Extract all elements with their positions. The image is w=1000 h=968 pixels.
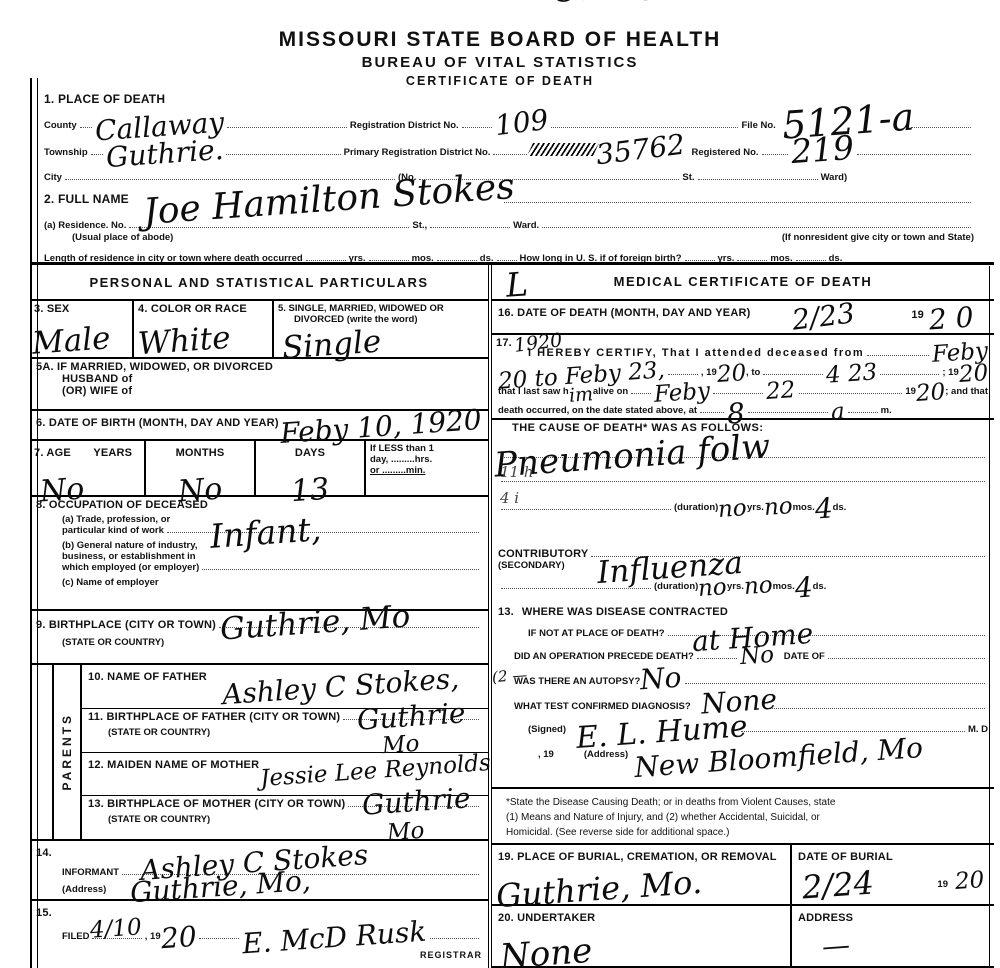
mother-bp-label: 13. BIRTHPLACE OF MOTHER (CITY OR TOWN): [88, 798, 345, 810]
leader-dots: [504, 201, 971, 203]
file-no-value: 5121-a: [782, 116, 914, 125]
days-label: DAYS: [295, 447, 325, 459]
leader-dots: [80, 126, 92, 128]
certify-year-2: ; 19: [942, 367, 958, 378]
disease-contracted-block: 13. WHERE WAS DISEASE CONTRACTED IF NOT …: [492, 602, 994, 789]
age-days-value: 13: [291, 490, 329, 493]
cause-duration-yrs-hw: no: [718, 508, 747, 510]
leader-dots: [763, 373, 822, 375]
occupation-label: 8. OCCUPATION OF DECEASED: [36, 499, 482, 511]
months-label: MONTHS: [176, 447, 225, 459]
abode-note: (Usual place of abode): [72, 232, 173, 243]
certify-hw-am: a: [831, 411, 845, 412]
undertaker-address-cell: ADDRESS —: [792, 906, 994, 966]
leader-dots: [799, 392, 903, 394]
father-name-value: Ashley C Stokes,: [222, 679, 459, 696]
contributory-mos-label: mos.: [773, 581, 795, 592]
burial-place-cell: 19. PLACE OF BURIAL, CREMATION, OR REMOV…: [492, 845, 792, 905]
leader-dots: [857, 153, 972, 155]
occupation-a-label-2: particular kind of work: [62, 525, 164, 536]
leader-dots: [226, 153, 341, 155]
form-header: MISSOURI STATE BOARD OF HEALTH BUREAU OF…: [0, 28, 1000, 88]
undertaker-address-label: ADDRESS: [798, 912, 853, 924]
contracted-value: at Home: [692, 633, 813, 641]
full-name-label: 2. FULL NAME: [44, 192, 129, 206]
age-label: 7. AGE: [34, 447, 71, 459]
leader-dots: [668, 373, 698, 375]
certify-print-1: I HEREBY CERTIFY, That I attended deceas…: [528, 347, 864, 359]
cause-of-death-block: THE CAUSE OF DEATH* WAS AS FOLLOWS: Pneu…: [492, 420, 994, 545]
contributory-label: CONTRIBUTORY: [498, 548, 588, 560]
less-note-2: day, .........hrs.: [370, 454, 484, 465]
margin-mark: (2 —: [492, 674, 527, 676]
dod-year-value: 2 0: [930, 317, 974, 320]
pen-mark: L: [506, 284, 529, 286]
informant-addr-value: Guthrie, Mo,: [130, 881, 310, 894]
father-bp-value: Guthrie: [357, 713, 465, 721]
race-cell: 4. COLOR OR RACE White: [134, 301, 274, 357]
sex-cell: 3. SEX Male: [30, 301, 134, 357]
burial-value: Guthrie, Mo.: [496, 881, 702, 895]
husband-of-label: HUSBAND of: [62, 373, 482, 385]
leader-dots: [848, 411, 878, 413]
birthplace-label: 9. BIRTHPLACE (CITY OR TOWN): [36, 619, 216, 631]
burial-year-value: 20: [955, 880, 984, 882]
certify-to: , to: [746, 367, 760, 378]
leader-dots: [748, 411, 828, 413]
signed-value: E. L. Hume: [576, 727, 747, 739]
operation-value: No: [740, 654, 774, 656]
leader-dots: [737, 259, 767, 261]
date-of-birth-row: 6. DATE OF BIRTH (MONTH, DAY AND YEAR) F…: [30, 411, 488, 441]
age-row: 7. AGE YEARS No MONTHS No DAYS 13 If LES…: [30, 441, 488, 497]
age-months-value: No: [178, 489, 222, 492]
certify-hw-feby-2: Feby: [654, 391, 710, 395]
leader-dots: [91, 153, 103, 155]
medical-column-header: MEDICAL CERTIFICATE OF DEATH: [614, 274, 873, 289]
county-value: Callaway: [95, 122, 224, 131]
undertaker-value: None: [500, 951, 592, 957]
certify-hw-423: 4 23: [826, 372, 877, 376]
occupation-value: Infant,: [210, 529, 321, 537]
cause-value: Pneumonia folw: [494, 447, 770, 466]
full-name-section: 2. FULL NAME Joe Hamilton Stokes (a) Res…: [44, 192, 974, 264]
less-note-1: If LESS than 1: [370, 443, 484, 454]
leader-dots: [551, 126, 738, 128]
cause-duration-label: (duration): [674, 502, 718, 513]
operation-date-label: DATE OF: [784, 651, 825, 662]
city-label: City: [44, 172, 62, 183]
wife-of-label: (OR) WIFE of: [62, 385, 482, 397]
md-label: M. D: [968, 724, 988, 735]
filed-date-value: 4/10: [90, 927, 142, 931]
test-value: None: [701, 699, 777, 704]
age-days-cell: DAYS 13: [256, 441, 366, 495]
leader-dots: [741, 730, 965, 732]
marital-label-2: DIVORCED (write the word): [294, 314, 484, 325]
ink-scribble: [527, 143, 599, 156]
dod-year-prefix: 19: [911, 309, 924, 321]
parents-vertical-label-cell: PARENTS: [54, 665, 82, 839]
mother-name-label: 12. MAIDEN NAME OF MOTHER: [88, 759, 259, 771]
certify-hw-1920: 1920: [514, 340, 562, 346]
certify-hw-him: im: [569, 394, 593, 396]
form-doc-type: CERTIFICATE OF DEATH: [0, 74, 1000, 88]
certify-hw-year-3: 20: [916, 392, 945, 394]
age-months-cell: MONTHS No: [146, 441, 256, 495]
registered-no-label: Registered No.: [691, 147, 758, 158]
reg-district-label: Registration District No.: [350, 120, 459, 131]
birthplace-row: 9. BIRTHPLACE (CITY OR TOWN) Guthrie, Mo…: [30, 611, 488, 665]
leader-dots: [867, 354, 929, 356]
burial-year-prefix: 19: [937, 879, 948, 890]
race-value: White: [138, 338, 230, 344]
informant-label: INFORMANT: [62, 867, 119, 878]
certify-hw-year-1: 20: [717, 373, 746, 375]
contributory-ds-hw: 4: [795, 587, 813, 588]
age-less-note-cell: If LESS than 1 day, .........hrs. or ...…: [366, 441, 488, 495]
residence-label: (a) Residence. No.: [44, 220, 126, 231]
mother-bp-state-value: Mo: [387, 831, 424, 834]
undertaker-row: 20. UNDERTAKER None ADDRESS —: [492, 906, 994, 968]
burial-date-label: DATE OF BURIAL: [798, 851, 893, 863]
township-label: Township: [44, 147, 88, 158]
occupation-row: 8. OCCUPATION OF DECEASED (a) Trade, pro…: [30, 497, 488, 611]
residence-ward-label: Ward.: [513, 220, 539, 231]
residence-st-label: St.,: [412, 220, 427, 231]
burial-label: 19. PLACE OF BURIAL, CREMATION, OR REMOV…: [498, 851, 777, 863]
personal-column: PERSONAL AND STATISTICAL PARTICULARS 3. …: [30, 265, 492, 968]
leader-dots: [306, 259, 346, 261]
autopsy-value: No: [640, 677, 681, 680]
dod-value: 2/23: [792, 313, 854, 321]
leader-dots: [430, 226, 510, 228]
undertaker-label: 20. UNDERTAKER: [498, 912, 595, 924]
father-bp-state-value: Mo: [382, 743, 419, 746]
mother-name-value: Jessie Lee Reynolds: [260, 762, 490, 778]
contributory-ds-label: ds.: [813, 581, 827, 592]
address-pre-label: , 19: [538, 749, 554, 760]
form-title: MISSOURI STATE BOARD OF HEALTH: [0, 28, 1000, 52]
mother-birthplace-row: 13. BIRTHPLACE OF MOTHER (CITY OR TOWN) …: [82, 796, 488, 839]
cause-duration-ds-hw: 4: [815, 509, 833, 510]
cause-ds-label: ds.: [833, 502, 847, 513]
operation-label: DID AN OPERATION PRECEDE DEATH?: [514, 651, 694, 662]
marital-label-1: 5. SINGLE, MARRIED, WIDOWED OR: [278, 303, 484, 314]
filed-label: FILED: [62, 931, 89, 942]
dob-label: 6. DATE OF BIRTH (MONTH, DAY AND YEAR): [36, 417, 279, 429]
occupation-b-label-3: which employed (or employer): [62, 562, 199, 573]
certify-print-4b: m.: [881, 405, 892, 416]
leader-dots: [437, 259, 477, 261]
contributory-mos-hw: no: [744, 585, 773, 587]
medical-column: L MEDICAL CERTIFICATE OF DEATH 16. DATE …: [492, 265, 994, 968]
personal-column-header: PERSONAL AND STATISTICAL PARTICULARS: [30, 265, 488, 301]
leader-dots: [227, 126, 347, 128]
leader-dots: [430, 937, 479, 939]
parents-vertical-label: PARENTS: [60, 713, 74, 790]
date-of-death-row: 16. DATE OF DEATH (MONTH, DAY AND YEAR) …: [492, 301, 994, 335]
nonresident-note: (If nonresident give city or town and St…: [782, 232, 974, 243]
top-case-number: 5421: [556, 0, 714, 4]
burial-row: 19. PLACE OF BURIAL, CREMATION, OR REMOV…: [492, 845, 994, 907]
filed-num: 15.: [36, 907, 52, 919]
contracted-label-2: IF NOT AT PLACE OF DEATH?: [528, 628, 665, 639]
undertaker-address-value: —: [822, 945, 850, 947]
filed-year-value: 20: [161, 937, 197, 939]
registrar-signature: E. McD Rusk: [243, 932, 427, 945]
leader-dots: [199, 937, 239, 939]
cause-mos-label: mos.: [793, 502, 815, 513]
leader-dots: [497, 259, 517, 261]
undertaker-cell: 20. UNDERTAKER None: [492, 906, 792, 966]
leader-dots: [911, 126, 971, 128]
certify-block: 17. 1920 I HEREBY CERTIFY, That I attend…: [492, 335, 994, 421]
leader-dots: [762, 153, 788, 155]
contributory-yrs-label: yrs.: [727, 581, 744, 592]
leader-dots: [631, 392, 651, 394]
contracted-num: 13.: [498, 606, 514, 618]
leader-dots: [685, 259, 715, 261]
form-subtitle: BUREAU OF VITAL STATISTICS: [0, 54, 1000, 71]
parents-rows: 10. NAME OF FATHER Ashley C Stokes, 11. …: [82, 665, 488, 839]
years-label: YEARS: [93, 447, 132, 459]
parents-section: PARENTS 10. NAME OF FATHER Ashley C Stok…: [30, 665, 488, 841]
married-to-label: 5A. IF MARRIED, WIDOWED, OR DIVORCED: [36, 361, 482, 373]
marital-cell: 5. SINGLE, MARRIED, WIDOWED OR DIVORCED …: [274, 301, 488, 357]
leader-dots: [685, 682, 985, 684]
filed-year-prefix: , 19: [145, 931, 161, 942]
primary-reg-value: 35762: [597, 145, 685, 156]
leader-dots: [828, 657, 985, 659]
signed-label: (Signed): [528, 724, 566, 735]
dod-label: 16. DATE OF DEATH (MONTH, DAY AND YEAR): [498, 307, 750, 319]
marital-value: Single: [282, 342, 381, 349]
footnote-line-2: (1) Means and Nature of Injury, and (2) …: [506, 810, 984, 825]
address-value: New Bloomfield, Mo: [635, 748, 923, 768]
cause-duration-mos-hw: no: [764, 506, 793, 508]
informant-row: 14. INFORMANT Ashley C Stokes (Address) …: [30, 841, 488, 901]
certify-hw-from-dates: 20 to Feby 23,: [498, 370, 664, 382]
birthplace-value: Guthrie, Mo: [220, 616, 410, 629]
father-birthplace-row: 11. BIRTHPLACE OF FATHER (CITY OR TOWN) …: [82, 709, 488, 753]
sex-value: Male: [32, 338, 110, 343]
contributory-yrs-hw: no: [698, 587, 727, 589]
leader-dots: [880, 373, 939, 375]
county-label: County: [44, 120, 77, 131]
leader-dots: [796, 259, 826, 261]
dob-value: Feby 10, 1920: [280, 420, 481, 434]
footnote-block: *State the Disease Causing Death; or in …: [492, 789, 994, 845]
certify-hw-22: 22: [766, 390, 795, 392]
occupation-b-label-2: business, or establishment in: [62, 551, 482, 562]
married-to-row: 5A. IF MARRIED, WIDOWED, OR DIVORCED HUS…: [30, 359, 488, 411]
certify-year-1: , 19: [701, 367, 717, 378]
registered-no-value: 219: [791, 148, 854, 152]
filed-row: 15. FILED , 19 20 E. McD Rusk 4/10 REGIS…: [30, 901, 488, 961]
leader-dots: [462, 126, 492, 128]
medical-column-header-row: L MEDICAL CERTIFICATE OF DEATH: [492, 265, 994, 301]
father-bp-label: 11. BIRTHPLACE OF FATHER (CITY OR TOWN): [88, 711, 340, 723]
contracted-label-1: WHERE WAS DISEASE CONTRACTED: [522, 606, 728, 618]
certify-hw-hour: 8: [727, 413, 745, 414]
full-name-value: Joe Hamilton Stokes: [143, 187, 514, 213]
leader-dots: [698, 178, 818, 180]
burial-date-cell: DATE OF BURIAL 2/24 19 20: [792, 845, 994, 905]
mother-bp-value: Guthrie: [362, 798, 470, 806]
city-ward-label: Ward): [821, 172, 848, 183]
rule-line: [501, 480, 985, 482]
certify-hw-year-2: 20: [959, 373, 988, 375]
less-note-3: or .........min.: [370, 465, 484, 476]
leader-dots: [713, 392, 763, 394]
father-name-label: 10. NAME OF FATHER: [88, 671, 207, 683]
leader-dots: [770, 707, 985, 709]
certify-print-3c: 19: [905, 386, 916, 397]
leader-dots: [501, 508, 671, 510]
age-years-cell: 7. AGE YEARS No: [30, 441, 146, 495]
leader-dots: [542, 226, 971, 228]
footnote-line-1: *State the Disease Causing Death; or in …: [506, 795, 984, 810]
reg-district-value: 109: [495, 120, 548, 127]
autopsy-label: WAS THERE AN AUTOPSY?: [514, 676, 640, 687]
parents-box: PARENTS 10. NAME OF FATHER Ashley C Stok…: [52, 665, 488, 839]
footnote-line-3: Homicidal. (See reverse side for additio…: [506, 825, 984, 840]
test-label: WHAT TEST CONFIRMED DIAGNOSIS?: [514, 701, 691, 712]
primary-reg-label: Primary Registration District No.: [344, 147, 491, 158]
race-label: 4. COLOR OR RACE: [138, 303, 268, 315]
informant-num: 14.: [36, 847, 52, 859]
township-value: Guthrie.: [106, 150, 223, 158]
occupation-c-label: (c) Name of employer: [62, 577, 482, 588]
cause-yrs-label: yrs.: [747, 502, 764, 513]
burial-date-value: 2/24: [802, 882, 874, 887]
leader-dots: [493, 153, 527, 155]
leader-dots: [369, 259, 409, 261]
file-no-label: File No.: [741, 120, 775, 131]
leader-dots: [700, 411, 724, 413]
contributory-block: CONTRIBUTORY Influenza (SECONDARY) (dura…: [492, 546, 994, 602]
contributory-value: Influenza: [597, 563, 743, 573]
age-years-value: No: [40, 489, 84, 492]
city-st-label: St.: [682, 172, 694, 183]
sex-race-marital-row: 3. SEX Male 4. COLOR OR RACE White 5. SI…: [30, 301, 488, 359]
leader-dots: [202, 568, 479, 570]
certificate-body: PERSONAL AND STATISTICAL PARTICULARS 3. …: [30, 262, 994, 968]
certify-hw-feby: Feby: [932, 351, 988, 355]
certify-num: 17.: [496, 337, 512, 349]
death-certificate-page: 5421 MISSOURI STATE BOARD OF HEALTH BURE…: [0, 0, 1000, 968]
sex-label: 3. SEX: [34, 303, 128, 315]
